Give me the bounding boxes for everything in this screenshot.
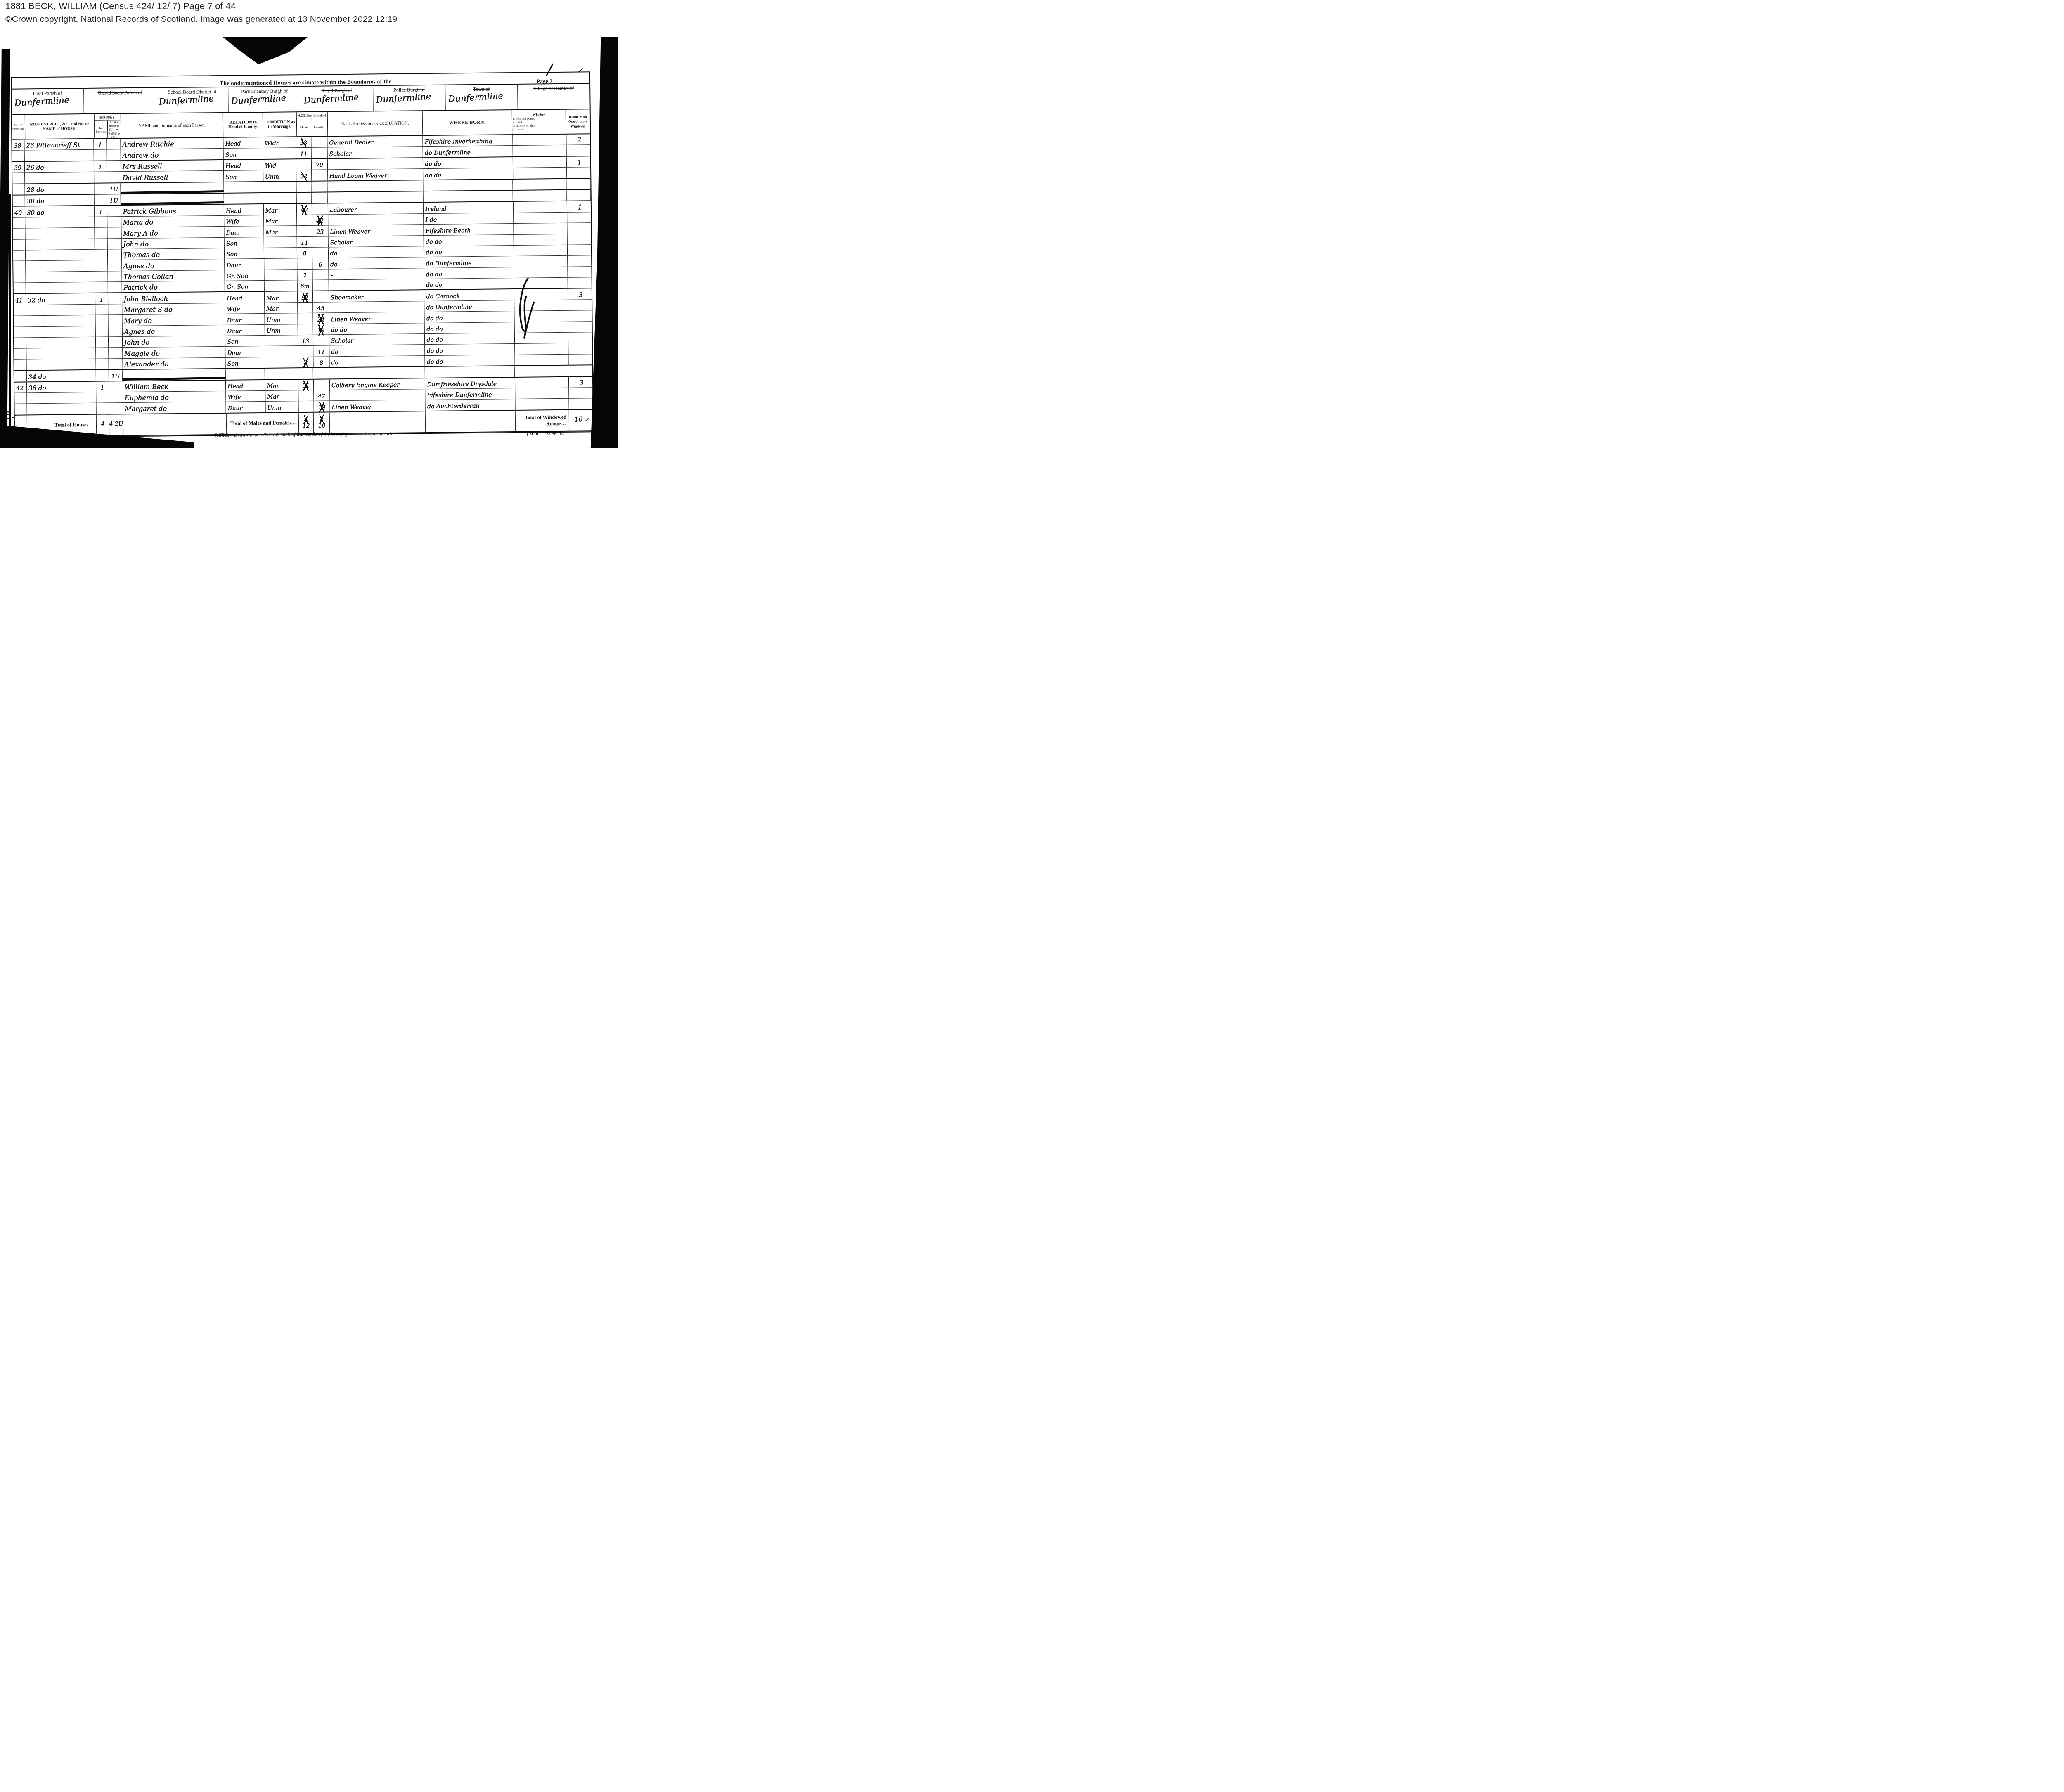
cell-wh	[514, 213, 567, 224]
cell-rel: Son	[225, 357, 265, 368]
cell-n: Alexander do	[123, 358, 226, 369]
cell-am	[296, 159, 312, 170]
handwritten-o: Linen Weaver	[329, 316, 371, 324]
cell-r	[27, 392, 96, 404]
handwritten-ih: 1	[100, 385, 104, 392]
handwritten-am: 47	[301, 208, 308, 215]
cell-wh	[515, 377, 569, 388]
cell-am: 51	[298, 379, 314, 390]
cell-o	[329, 301, 425, 313]
handwritten-c: Unm	[265, 328, 280, 335]
cell-n: Euphemia do	[123, 391, 226, 403]
handwritten-af: 11	[317, 349, 325, 356]
boundary-handwritten-value: Dunfermline	[375, 92, 431, 105]
cell-c: Unm	[265, 324, 298, 335]
cell-af	[312, 236, 328, 247]
cell-b: do do	[423, 168, 513, 179]
cell-c	[265, 346, 298, 357]
cell-r	[26, 272, 95, 283]
handwritten-n: John do	[121, 241, 149, 249]
cell-ih	[95, 271, 108, 282]
handwritten-rel: Daur	[225, 350, 241, 357]
handwritten-b: do Auchterderran	[426, 403, 480, 411]
cell-c	[264, 248, 297, 258]
cell-r	[26, 337, 96, 348]
cell-c	[263, 148, 296, 159]
total-windowed-rooms-label: Total of Windowed Rooms…	[516, 414, 569, 427]
cell-af: 70	[312, 159, 328, 170]
cell-af	[311, 137, 327, 147]
cell-wh	[514, 256, 568, 267]
cell-n: Andrew do	[121, 149, 224, 160]
cell-c: Mar	[264, 292, 298, 303]
handwritten-n: John Blelloch	[122, 296, 168, 304]
boundary-handwritten-value: Dunfermline	[448, 91, 504, 104]
handwritten-b: Fifeshire Dunfermline	[426, 392, 492, 400]
cell-n: John Blelloch	[122, 292, 225, 304]
cell-c	[263, 193, 297, 203]
handwritten-am: 11	[301, 240, 308, 247]
cell-wh	[513, 157, 567, 168]
handwritten-af: 19	[317, 328, 325, 335]
handwritten-rel: Head	[224, 208, 241, 215]
cell-uh	[107, 172, 121, 182]
handwritten-af: 70	[316, 163, 323, 170]
cell-rm	[568, 322, 592, 332]
cell-c: Mar	[265, 303, 298, 313]
cell-am: 11	[297, 236, 312, 247]
cell-n: Thomas do	[121, 248, 225, 260]
cell-rm	[568, 300, 592, 310]
totals-born-cell	[426, 411, 516, 432]
cell-c: Unm	[265, 313, 298, 324]
handwritten-rel: Wife	[226, 395, 241, 402]
handwritten-rel: Wife	[225, 307, 240, 314]
cell-af: 8	[313, 357, 329, 367]
cell-s	[13, 195, 25, 206]
handwritten-b: do do	[424, 239, 442, 246]
cell-rm	[568, 245, 591, 255]
handwritten-c: Mar	[265, 394, 279, 401]
cell-n: David Russell	[121, 171, 224, 182]
cell-ih: 1	[94, 139, 107, 150]
census-table: Civil Parish ofDunfermlineQuoad Sacra Pa…	[11, 71, 594, 437]
cell-am: 6m	[298, 280, 313, 291]
handwritten-rel: Son	[225, 339, 238, 346]
cell-n: John do	[122, 336, 225, 348]
enumerator-flourish-mark	[512, 277, 542, 343]
col-header-rooms: Rooms with One or more Windows.	[566, 109, 590, 134]
cell-uh	[109, 337, 123, 348]
cell-rm	[568, 343, 592, 354]
handwritten-o: Scholar	[328, 240, 353, 247]
cell-rel: Head	[225, 292, 265, 303]
handwritten-n: Agnes do	[122, 328, 155, 336]
cell-af: 6	[312, 258, 329, 269]
cell-c: Unm	[263, 170, 297, 181]
cell-af: 47	[314, 390, 330, 401]
handwritten-am: 51	[301, 295, 309, 302]
cell-rm: 1	[567, 156, 590, 167]
cell-c	[264, 280, 298, 291]
cell-s	[14, 393, 27, 404]
handwritten-rel: Head	[224, 163, 241, 170]
handwritten-b: do Carnock	[424, 293, 460, 301]
cell-uh	[107, 227, 121, 238]
cell-uh	[108, 304, 122, 315]
cell-uh	[108, 249, 122, 260]
cell-rel	[224, 193, 263, 204]
totals-males-cell: 4 12	[298, 413, 314, 433]
cell-n: Maggie do	[123, 347, 226, 358]
cell-o	[328, 214, 424, 225]
cell-c	[265, 357, 298, 368]
handwritten-af: 24	[317, 317, 324, 324]
handwritten-c: Mar	[264, 295, 278, 302]
cell-wh	[513, 145, 567, 156]
handwritten-r: 26 do	[25, 165, 44, 172]
cell-af	[312, 204, 328, 215]
handwritten-c: Mar	[264, 229, 278, 236]
cell-rm: 3	[568, 289, 592, 300]
col-header-road: ROAD, STREET, &c., and No. or NAME of HO…	[25, 114, 95, 139]
handwritten-rm: 3	[577, 291, 582, 299]
cell-rel: Son	[225, 248, 264, 259]
cell-o: do	[329, 345, 425, 357]
cell-o: Scholar	[329, 334, 425, 345]
col-header-houses: HOUSES. In-habited. Unin-habited (U.), o…	[94, 114, 121, 138]
handwritten-af: 8	[320, 360, 323, 367]
cell-ih	[94, 183, 107, 194]
cell-am: 32	[296, 170, 312, 181]
handwritten-rel: Son	[224, 174, 237, 181]
cell-c	[264, 258, 298, 269]
handwritten-b: I do	[424, 217, 437, 224]
cell-o: General Dealer	[327, 136, 423, 147]
handwritten-o: do	[329, 360, 338, 367]
cell-rel: Head	[226, 380, 265, 390]
cell-am	[298, 368, 313, 379]
cell-r	[26, 250, 95, 261]
cell-af: 19	[313, 324, 329, 335]
cell-ih: 1	[95, 206, 107, 217]
caption-copyright: ©Crown copyright, National Records of Sc…	[5, 14, 397, 24]
cell-r: 26 Pittencrieff St	[24, 139, 94, 150]
cell-r: 34 do	[27, 370, 96, 381]
cell-b: Ireland	[424, 202, 514, 213]
cell-c: Mar	[264, 215, 297, 226]
handwritten-r: 36 do	[27, 385, 46, 392]
boundary-column-0: Civil Parish ofDunfermline	[12, 89, 84, 114]
handwritten-n: John do	[122, 339, 149, 348]
handwritten-b: Fifeshire Inverkeithing	[423, 139, 492, 147]
cell-am: 47	[297, 204, 312, 215]
cell-rel	[225, 369, 265, 379]
cell-s	[13, 217, 25, 228]
cell-r	[26, 326, 96, 337]
cell-uh	[109, 381, 123, 392]
cell-o	[329, 367, 425, 378]
rooms-tick-mark: ✓	[582, 416, 589, 424]
totals-mf-label-cell: Total of Males and Females…	[226, 413, 299, 434]
cell-af	[312, 181, 328, 192]
handwritten-n: Maggie do	[123, 350, 160, 358]
cell-r: 28 do	[25, 183, 94, 194]
cell-b: do Dunfermline	[424, 300, 514, 312]
cell-s	[14, 316, 26, 327]
cell-n: Thomas Collan	[122, 270, 225, 282]
cell-uh	[109, 348, 123, 359]
cell-wh	[514, 267, 568, 278]
handwritten-rel: Son	[224, 152, 237, 159]
cell-rel: Wife	[225, 303, 265, 314]
handwritten-am: 8	[304, 360, 308, 367]
cell-b: do do	[425, 311, 515, 322]
cell-wh	[515, 343, 568, 355]
handwritten-af: 19	[318, 404, 325, 411]
cell-r: 36 do	[27, 381, 96, 392]
cell-am	[299, 401, 314, 412]
handwritten-uh: 1U	[109, 198, 118, 205]
handwritten-rel: Daur	[225, 317, 241, 324]
handwritten-c: Unm	[263, 174, 279, 181]
cell-rel: Son	[224, 170, 263, 181]
handwritten-n: Mary do	[122, 317, 152, 326]
col-header-inhabited: In-habited.	[95, 121, 108, 139]
handwritten-b: Dumfriesshire Drysdale	[425, 381, 497, 389]
cell-o	[327, 180, 423, 192]
cell-rm	[567, 179, 591, 189]
cell-o: do	[329, 356, 425, 367]
cell-af: 45	[313, 302, 329, 313]
handwritten-rel: Head	[225, 296, 242, 303]
cell-af	[312, 269, 329, 280]
cell-o: Hand Loom Weaver	[328, 169, 424, 180]
cell-wh	[515, 355, 568, 366]
cell-uh	[108, 282, 122, 293]
cell-am	[298, 390, 314, 401]
handwritten-r: 30 do	[25, 198, 45, 206]
cell-r	[25, 239, 95, 250]
cell-s	[14, 305, 26, 316]
col-header-name: NAME and Surname of each Person.	[121, 113, 223, 138]
cell-rel: Daur	[226, 402, 266, 412]
cell-n: William Beck	[123, 380, 226, 392]
cell-wh	[514, 245, 568, 256]
handwritten-b: Ireland	[424, 206, 446, 213]
table-body: 3826 Pittencrieff St1Andrew RitchieHeadW…	[12, 134, 592, 415]
handwritten-b: do do	[424, 282, 442, 289]
handwritten-n: Euphemia do	[123, 395, 169, 403]
cell-c	[265, 335, 298, 346]
handwritten-rel: Son	[225, 252, 237, 259]
handwritten-n: Maria do	[121, 219, 153, 227]
handwritten-af: 45	[317, 306, 324, 313]
handwritten-rel: Wife	[224, 219, 239, 226]
handwritten-b: do do	[425, 348, 443, 355]
col-header-born: WHERE BORN.	[423, 110, 512, 135]
cell-o: Scholar	[328, 236, 424, 247]
handwritten-c: Widr	[263, 141, 279, 148]
cell-c: Mar	[265, 390, 299, 401]
cell-b	[425, 366, 515, 377]
handwritten-n: Mrs Russell	[121, 163, 162, 171]
cell-o	[327, 158, 423, 170]
cell-ih	[96, 326, 109, 337]
cell-uh	[107, 161, 121, 172]
cell-af: 24	[313, 313, 329, 324]
cell-am	[297, 215, 312, 226]
cell-uh	[108, 293, 122, 304]
handwritten-n: Thomas do	[121, 252, 160, 260]
cell-b: do do	[425, 322, 515, 333]
cell-s	[14, 338, 26, 348]
cell-rel: Daur	[225, 259, 264, 270]
cell-rel: Daur	[224, 226, 264, 237]
handwritten-n: William Beck	[123, 383, 168, 392]
cell-ih	[96, 348, 109, 359]
cell-n: Andrew Ritchie	[121, 138, 224, 149]
cell-rel: Head	[224, 204, 264, 215]
cell-ih: 1	[94, 161, 107, 172]
handwritten-am: 2	[303, 273, 307, 280]
cell-c: Widr	[263, 137, 296, 148]
handwritten-o: Hand Loom Weaver	[328, 173, 387, 180]
cell-n: Maria do	[121, 216, 225, 227]
handwritten-uh: 1U	[111, 374, 120, 381]
handwritten-o: do	[329, 251, 338, 258]
handwritten-rel: Head	[223, 141, 241, 148]
cell-r	[26, 260, 95, 272]
cell-af	[313, 368, 329, 379]
cell-af	[312, 170, 328, 181]
cell-b: do do	[424, 246, 514, 257]
cell-n: Margaret do	[123, 402, 226, 414]
total-houses-uninhabited: 4 2U	[109, 421, 123, 428]
cell-n: John do	[121, 237, 225, 249]
cell-s	[12, 173, 25, 184]
handwritten-n: Patrick Gibbons	[121, 208, 176, 216]
handwritten-s: 39	[12, 165, 21, 173]
cell-rel: Son	[225, 237, 264, 248]
total-males-females-label: Total of Males and Females…	[226, 420, 298, 427]
cell-af: 11	[313, 346, 329, 357]
cell-uh	[107, 217, 121, 227]
caption-title: 1881 BECK, WILLIAM (Census 424/ 12/ 7) P…	[5, 1, 397, 12]
cell-uh: 1U	[107, 194, 121, 205]
cell-ih	[95, 228, 107, 239]
cell-o: –	[329, 268, 424, 280]
handwritten-ih: 1	[99, 209, 102, 216]
cell-rm	[568, 234, 591, 245]
handwritten-b: Fifeshire Beath	[424, 228, 471, 235]
cell-n: Mary do	[122, 314, 225, 326]
col-header-relation: RELATION to Head of Family.	[223, 113, 263, 137]
cell-o: Colliery Engine Keeper	[330, 378, 426, 390]
cell-r	[26, 305, 95, 316]
cell-b: do Auchterderran	[426, 399, 516, 410]
handwritten-s: 38	[12, 143, 21, 150]
cell-n: Agnes do	[122, 325, 225, 336]
handwritten-af: 23	[316, 229, 324, 236]
cell-rel: Daur	[225, 325, 265, 336]
handwritten-b: do do	[423, 172, 441, 179]
handwritten-rel: Son	[226, 361, 239, 368]
cell-rm	[567, 167, 590, 178]
cell-ih	[95, 315, 108, 326]
handwritten-n: Margaret S do	[122, 306, 173, 314]
census-sheet: The undermentioned Houses are situate wi…	[0, 55, 606, 448]
cell-r: 26 do	[25, 161, 94, 173]
col-header-occupation: Rank, Profession, or OCCUPATION.	[328, 111, 423, 136]
boundary-label: Quoad Sacra Parish of	[84, 89, 156, 96]
cell-s	[13, 272, 26, 283]
cell-b: Fifeshire Inverkeithing	[423, 135, 513, 146]
handwritten-o: do do	[329, 327, 347, 334]
handwritten-r: 28 do	[25, 187, 44, 194]
total-houses-inhabited: 4	[101, 421, 104, 428]
cell-b: do do	[425, 333, 515, 344]
cell-ih	[96, 337, 109, 348]
handwritten-rel: Daur	[225, 328, 241, 335]
handwritten-o: General Dealer	[327, 140, 374, 147]
handwritten-c: Unm	[265, 405, 281, 412]
scan-edge-left-thin	[9, 194, 11, 448]
handwritten-o: Shoemaker	[329, 294, 364, 302]
handwritten-am: 32	[300, 173, 308, 180]
handwritten-rm: 1	[576, 204, 582, 212]
handwritten-am: 8	[303, 251, 306, 258]
cell-af	[312, 280, 329, 291]
handwritten-c: Mar	[265, 383, 279, 390]
whether-item: 4. Lunatic.	[513, 128, 565, 132]
cell-rm: 1	[567, 201, 591, 212]
cell-uh	[108, 260, 122, 271]
handwritten-am: 13	[302, 338, 309, 345]
handwritten-n: Andrew Ritchie	[121, 141, 174, 149]
cell-am: 2	[297, 269, 312, 280]
cell-am: 13	[298, 335, 313, 346]
boundary-handwritten-value: Dunfermline	[159, 94, 214, 107]
cell-n: Patrick do	[122, 281, 225, 293]
cell-wh	[515, 399, 569, 410]
handwritten-b: do do	[424, 250, 442, 257]
cell-af	[312, 247, 329, 258]
handwritten-rm: 2	[575, 137, 581, 145]
totals-occupation-cell	[330, 411, 426, 433]
cell-r	[26, 315, 95, 326]
boundary-column-5: Police Burgh ofDunfermline	[373, 85, 446, 111]
totals-inhabited-cell: 4	[97, 414, 109, 435]
cell-rel: Daur	[225, 346, 265, 357]
cell-ih	[94, 172, 107, 183]
cell-ih: 1	[96, 381, 109, 392]
cell-s	[14, 371, 27, 382]
handwritten-n: Patrick do	[122, 284, 158, 293]
handwritten-ih: 1	[98, 142, 102, 149]
cell-o: do do	[329, 323, 425, 335]
handwritten-o: Labourer	[328, 207, 357, 214]
cell-n: Margaret S do	[122, 303, 225, 315]
cell-s: 41	[14, 294, 26, 305]
handwritten-o: Scholar	[327, 151, 352, 158]
cell-rel: Wife	[224, 215, 264, 226]
boundary-column-1: Quoad Sacra Parish of	[84, 88, 156, 113]
cell-ih	[94, 150, 107, 161]
handwritten-ih: 1	[99, 297, 103, 304]
cell-ih	[96, 359, 109, 369]
handwritten-b: do Dunfermline	[423, 150, 471, 157]
